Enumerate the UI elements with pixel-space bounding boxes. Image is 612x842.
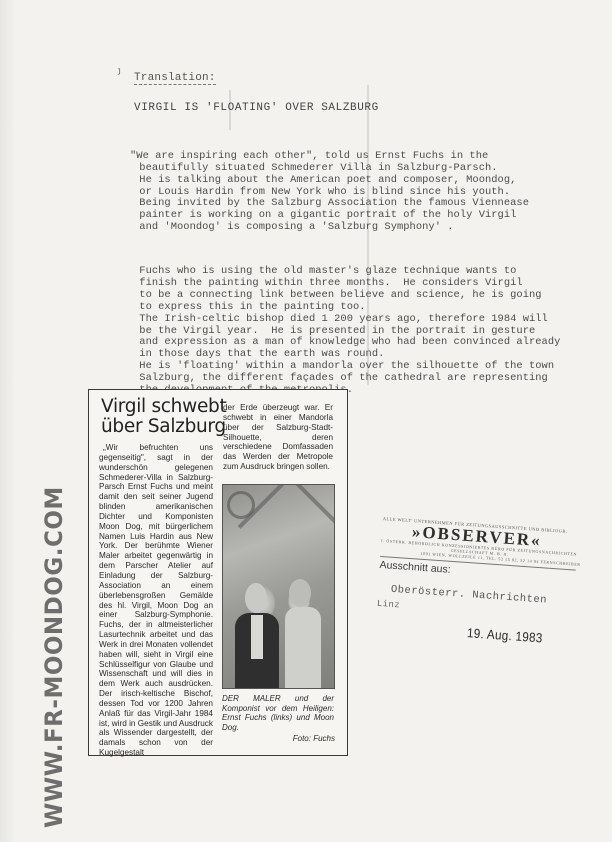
clipping-column-1: „Wir befruchten uns gegenseitig", sagt i… bbox=[99, 443, 213, 758]
photo-figure-composer bbox=[285, 607, 321, 688]
photo-figure-composer-head bbox=[289, 579, 311, 607]
photo-caption: DER MALER und der Komponist vor dem Heil… bbox=[222, 694, 334, 733]
translation-body: "We are inspiring each other", told us E… bbox=[133, 127, 533, 417]
translation-paragraph: Fuchs who is using the old master's glaz… bbox=[133, 266, 533, 397]
photo-figure-painter-head bbox=[245, 583, 267, 613]
clipping-photo bbox=[222, 484, 335, 689]
scan-page-edge bbox=[0, 0, 14, 842]
margin-mark: ȷ bbox=[117, 66, 122, 76]
observer-stamp: ALLE WELT' UNTERNEHMEN FÜR ZEITUNGSAUSSC… bbox=[373, 516, 583, 680]
newspaper-clipping: Virgil schwebt über Salzburg „Wir befruc… bbox=[88, 389, 348, 756]
translation-label: Translation: bbox=[134, 72, 216, 84]
photo-credit: Foto: Fuchs bbox=[293, 734, 335, 743]
photo-figure-painter-shirt bbox=[251, 615, 263, 659]
translation-headline: VIRGIL IS 'FLOATING' OVER SALZBURG bbox=[134, 102, 379, 114]
translation-paragraph: "We are inspiring each other", told us E… bbox=[133, 151, 533, 234]
clipping-headline: Virgil schwebt über Salzburg bbox=[101, 397, 226, 437]
clipping-column-2: der Erde überzeugt war. Er schwebt in ei… bbox=[223, 403, 333, 472]
stamp-date: 19. Aug. 1983 bbox=[467, 625, 544, 645]
watermark: WWW.FR-MOONDOG.COM bbox=[41, 486, 68, 828]
